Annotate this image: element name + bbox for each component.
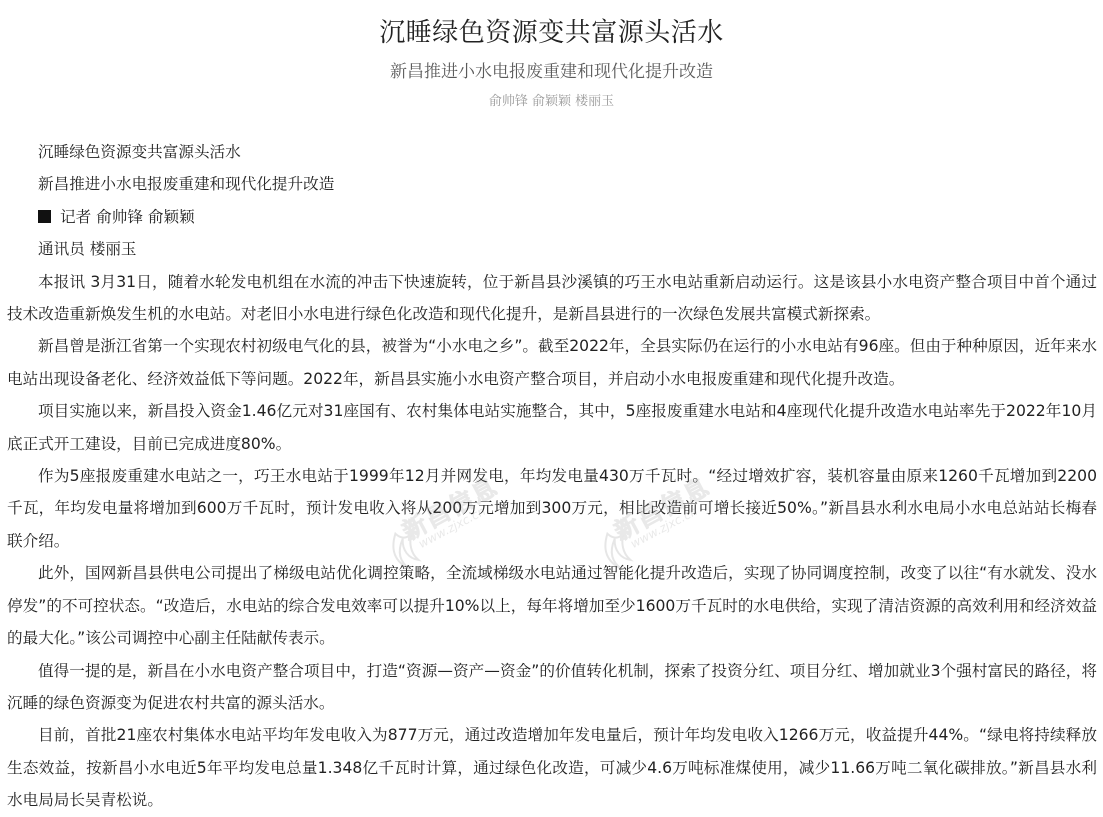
article-subtitle-line: 新昌推进小水电报废重建和现代化提升改造 [7, 168, 1097, 200]
page-title: 沉睡绿色资源变共富源头活水 [0, 16, 1103, 50]
paragraph: 本报讯 3月31日，随着水轮发电机组在水流的冲击下快速旋转，位于新昌县沙溪镇的巧… [7, 266, 1097, 331]
page-subtitle: 新昌推进小水电报废重建和现代化提升改造 [0, 60, 1103, 84]
article-body: 沉睡绿色资源变共富源头活水 新昌推进小水电报废重建和现代化提升改造 记者 俞帅锋… [7, 136, 1097, 817]
paragraph: 作为5座报废重建水电站之一，巧王水电站于1999年12月并网发电，年均发电量43… [7, 460, 1097, 557]
black-square-icon [38, 210, 51, 223]
paragraph: 目前，首批21座农村集体水电站平均年发电收入为877万元，通过改造增加年发电量后… [7, 719, 1097, 816]
correspondent-line: 通讯员 楼丽玉 [7, 233, 1097, 265]
paragraph: 项目实施以来，新昌投入资金1.46亿元对31座国有、农村集体电站实施整合，其中，… [7, 395, 1097, 460]
reporter-line: 记者 俞帅锋 俞颖颖 [7, 201, 1097, 233]
reporter-names: 记者 俞帅锋 俞颖颖 [60, 208, 195, 226]
article-title-line: 沉睡绿色资源变共富源头活水 [7, 136, 1097, 168]
paragraph: 值得一提的是，新昌在小水电资产整合项目中，打造“资源—资产—资金”的价值转化机制… [7, 655, 1097, 720]
page-authors: 俞帅锋 俞颖颖 楼丽玉 [0, 93, 1103, 111]
paragraph: 此外，国网新昌县供电公司提出了梯级电站优化调控策略，全流域梯级水电站通过智能化提… [7, 557, 1097, 654]
paragraph: 新昌曾是浙江省第一个实现农村初级电气化的县，被誉为“小水电之乡”。截至2022年… [7, 330, 1097, 395]
